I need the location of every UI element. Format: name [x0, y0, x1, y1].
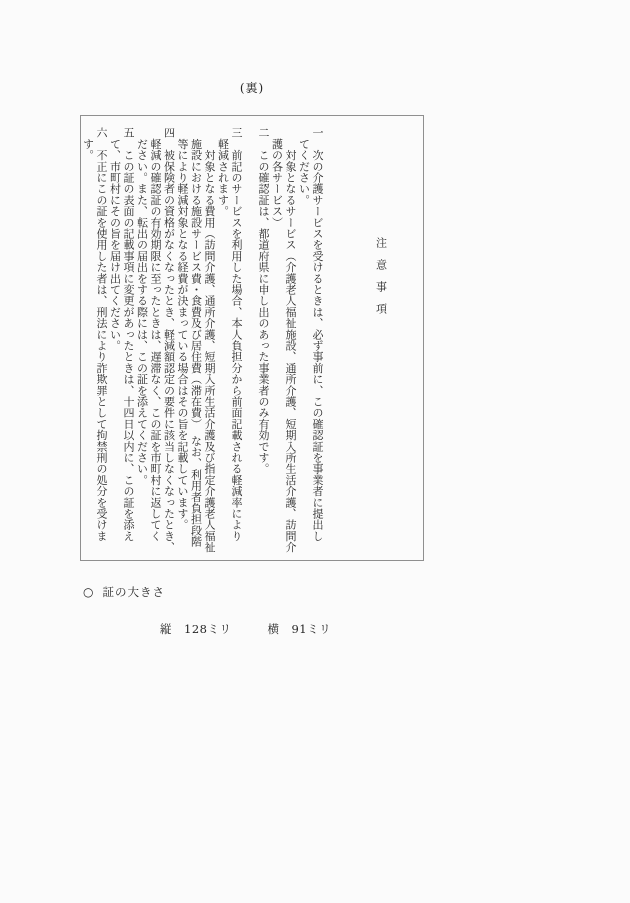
notice-column-item1-line4: 護の各サービス） [270, 127, 284, 557]
notice-column-item3-line1: 三 前記のサービスを利用した場合、本人負担分から前面記載される軽減率により [230, 127, 244, 557]
size-heading-line: ○証の大きさ [83, 584, 165, 600]
notice-column-item4-line1: 四 被保険者の資格がなくなったとき、軽減額認定の要件に該当しなくなったとき、 [162, 127, 176, 557]
notice-column-item3-line2: 軽減されます。 [216, 127, 230, 557]
notice-column-item5-line1: 五 この証の表面の記載事項に変更があったときは、十四日以内に、この証を添え [122, 127, 136, 557]
notice-title: 注 意 事 項 [374, 127, 388, 557]
notice-column-item3-line3: 対象となる費用（訪問介護、通所介護、短期入所生活介護及び指定介護老人福祉 [203, 127, 217, 557]
size-heading: 証の大きさ [102, 585, 165, 599]
notice-column-blank [243, 127, 257, 557]
notice-column-item4-line3: ださい。また、転出の届出をする際には、この証を添えてください。 [135, 127, 149, 557]
notice-box: 注 意 事 項 一 次の介護サービスを受けるときは、必ず事前に、この確認証を事業… [80, 115, 424, 561]
back-side-label: (裏) [80, 79, 424, 96]
notice-column-item4-line2: 軽減の確認証の有効期限に至ったときは、遅滞なく、この証を市町村に返してく [149, 127, 163, 557]
notice-column-item6-line1: 六 不正にこの証を使用した者は、刑法により詐欺罪として拘禁刑の処分を受けま [95, 127, 109, 557]
notice-column-item1-line2: てください。 [297, 127, 311, 557]
notice-column-item1-line1: 一 次の介護サービスを受けるときは、必ず事前に、この確認証を事業者に提出し [311, 127, 325, 557]
document-page: (裏) 注 意 事 項 一 次の介護サービスを受けるときは、必ず事前に、この確認… [0, 0, 630, 903]
notice-column-item5-line2: て、市町村にその旨を届け出てください。 [108, 127, 122, 557]
notice-column-item6-line2: す。 [81, 127, 95, 557]
circle-marker: ○ [83, 585, 93, 599]
notice-vertical-text: 注 意 事 項 一 次の介護サービスを受けるときは、必ず事前に、この確認証を事業… [81, 127, 388, 557]
notice-column-item3-line5: 等により軽減対象となる経費が決まっている場合はその旨を記載しています。 [176, 127, 190, 557]
size-dimensions: 縦 128ミリ 横 91ミリ [160, 621, 331, 637]
notice-column-item3-line4: 施設における施設サービス費・食費及び居住費（滞在費） なお、利用者負担段階 [189, 127, 203, 557]
notice-column-item1-line3: 対象となるサービス（介護老人福祉施設、通所介護、短期入所生活介護、訪問介 [284, 127, 298, 557]
notice-column-item2-line1: 二 この確認証は、都道府県に申し出のあった事業者のみ有効です。 [257, 127, 271, 557]
